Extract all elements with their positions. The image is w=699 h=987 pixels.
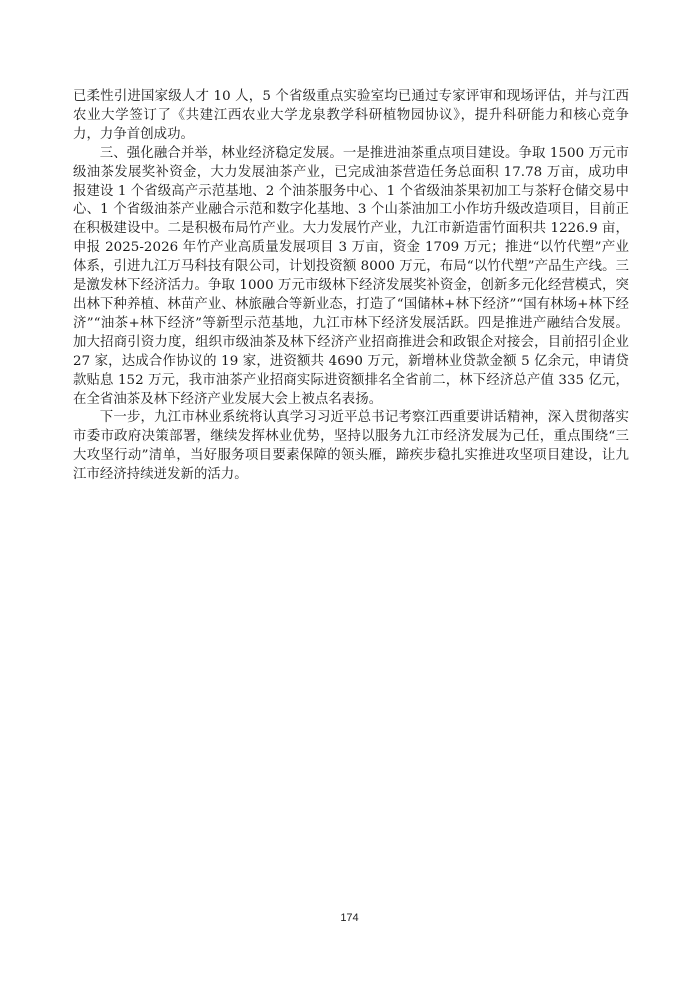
paragraph-forestry-economy: 三、强化融合并举，林业经济稳定发展。一是推进油茶重点项目建设。争取 1500 万… <box>73 145 629 410</box>
document-page: 已柔性引进国家级人才 10 人，5 个省级重点实验室均已通过专家评审和现场评估，… <box>0 0 699 987</box>
paragraph-next-steps: 下一步，九江市林业系统将认真学习习近平总书记考察江西重要讲话精神，深入贯彻落实市… <box>73 409 629 485</box>
paragraph-research-talent: 已柔性引进国家级人才 10 人，5 个省级重点实验室均已通过专家评审和现场评估，… <box>73 88 629 145</box>
document-body: 已柔性引进国家级人才 10 人，5 个省级重点实验室均已通过专家评审和现场评估，… <box>73 88 629 485</box>
page-number: 174 <box>0 912 699 924</box>
